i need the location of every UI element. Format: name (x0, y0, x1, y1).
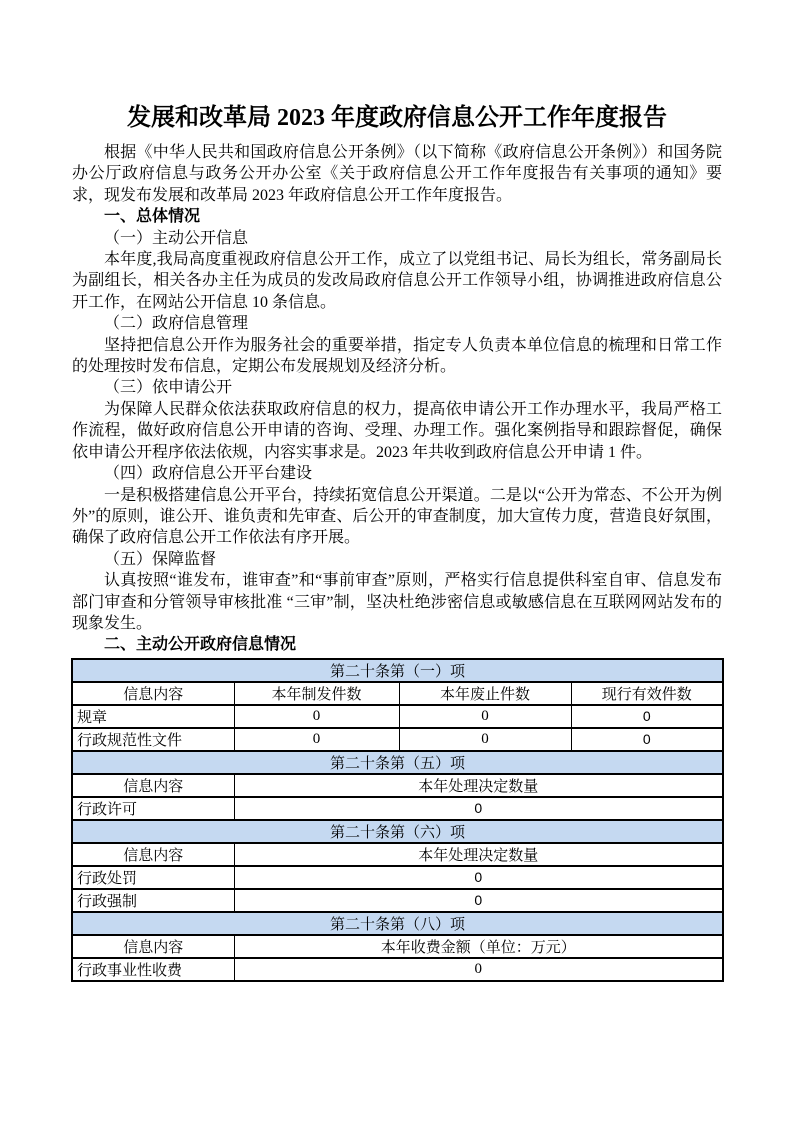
heading-overall-situation: 一、总体情况 (72, 206, 722, 227)
table-row: 行政许可0 (72, 797, 723, 820)
table-column-header: 信息内容 (72, 843, 234, 866)
report-page: 发展和改革局 2023 年度政府信息公开工作年度报告 根据《中华人民共和国政府信… (0, 0, 793, 1122)
sub-heading-active-disclosure: （一）主动公开信息 (72, 228, 722, 249)
table-section-header: 第二十条第（一）项 (72, 659, 723, 682)
table-column-header: 本年收费金额（单位：万元） (234, 935, 723, 958)
table-row: 行政处罚0 (72, 866, 723, 889)
table-row: 行政事业性收费0 (72, 958, 723, 981)
table-cell-value: 0 (571, 728, 723, 751)
paragraph-platform-construction: 一是积极搭建信息公开平台，持续拓宽信息公开渠道。二是以“公开为常态、不公开为例外… (72, 485, 722, 549)
table-row-label: 行政事业性收费 (72, 958, 234, 981)
sub-heading-platform-construction: （四）政府信息公开平台建设 (72, 463, 722, 484)
table-column-header: 信息内容 (72, 774, 234, 797)
report-table: 第二十条第（一）项信息内容本年制发件数本年废止件数现行有效件数规章000行政规范… (71, 658, 724, 982)
table-row-label: 行政处罚 (72, 866, 234, 889)
table-row: 规章000 (72, 705, 723, 728)
table-column-header: 信息内容 (72, 935, 234, 958)
table-section-header: 第二十条第（六）项 (72, 820, 723, 843)
sub-heading-guarantee-supervision: （五）保障监督 (72, 549, 722, 570)
table-row-label: 行政强制 (72, 889, 234, 912)
table-cell-value: 0 (234, 797, 723, 820)
table-column-header: 信息内容 (72, 682, 234, 705)
table-cell-value: 0 (234, 728, 399, 751)
table-cell-value: 0 (234, 705, 399, 728)
table-column-header: 现行有效件数 (571, 682, 723, 705)
intro-paragraph: 根据《中华人民共和国政府信息公开条例》（以下简称《政府信息公开条例》）和国务院办… (72, 142, 722, 206)
table-row-label: 规章 (72, 705, 234, 728)
report-body: 根据《中华人民共和国政府信息公开条例》（以下简称《政府信息公开条例》）和国务院办… (72, 142, 722, 656)
report-table-body: 第二十条第（一）项信息内容本年制发件数本年废止件数现行有效件数规章000行政规范… (72, 659, 723, 981)
paragraph-active-disclosure: 本年度,我局高度重视政府信息公开工作，成立了以党组书记、局长为组长，常务副局长为… (72, 249, 722, 313)
table-column-header: 本年制发件数 (234, 682, 399, 705)
paragraph-info-management: 坚持把信息公开作为服务社会的重要举措，指定专人负责本单位信息的梳理和日常工作的处… (72, 335, 722, 378)
paragraph-guarantee-supervision: 认真按照“谁发布，谁审查”和“事前审查”原则，严格实行信息提供科室自审、信息发布… (72, 570, 722, 634)
paragraph-disclosure-on-request: 为保障人民群众依法获取政府信息的权力，提高依申请公开工作办理水平，我局严格工作流… (72, 399, 722, 463)
table-row-label: 行政许可 (72, 797, 234, 820)
table-cell-value: 0 (399, 705, 571, 728)
table-cell-value: 0 (571, 705, 723, 728)
table-column-header: 本年处理决定数量 (234, 843, 723, 866)
sub-heading-info-management: （二）政府信息管理 (72, 313, 722, 334)
table-row: 行政强制0 (72, 889, 723, 912)
heading-active-disclosure-info: 二、主动公开政府信息情况 (72, 634, 722, 655)
table-row-label: 行政规范性文件 (72, 728, 234, 751)
table-section-header: 第二十条第（五）项 (72, 751, 723, 774)
table-cell-value: 0 (234, 866, 723, 889)
table-section-header: 第二十条第（八）项 (72, 912, 723, 935)
table-cell-value: 0 (399, 728, 571, 751)
page-title: 发展和改革局 2023 年度政府信息公开工作年度报告 (72, 102, 722, 135)
sub-heading-disclosure-on-request: （三）依申请公开 (72, 377, 722, 398)
table-column-header: 本年处理决定数量 (234, 774, 723, 797)
table-cell-value: 0 (234, 958, 723, 981)
table-cell-value: 0 (234, 889, 723, 912)
table-column-header: 本年废止件数 (399, 682, 571, 705)
table-row: 行政规范性文件000 (72, 728, 723, 751)
